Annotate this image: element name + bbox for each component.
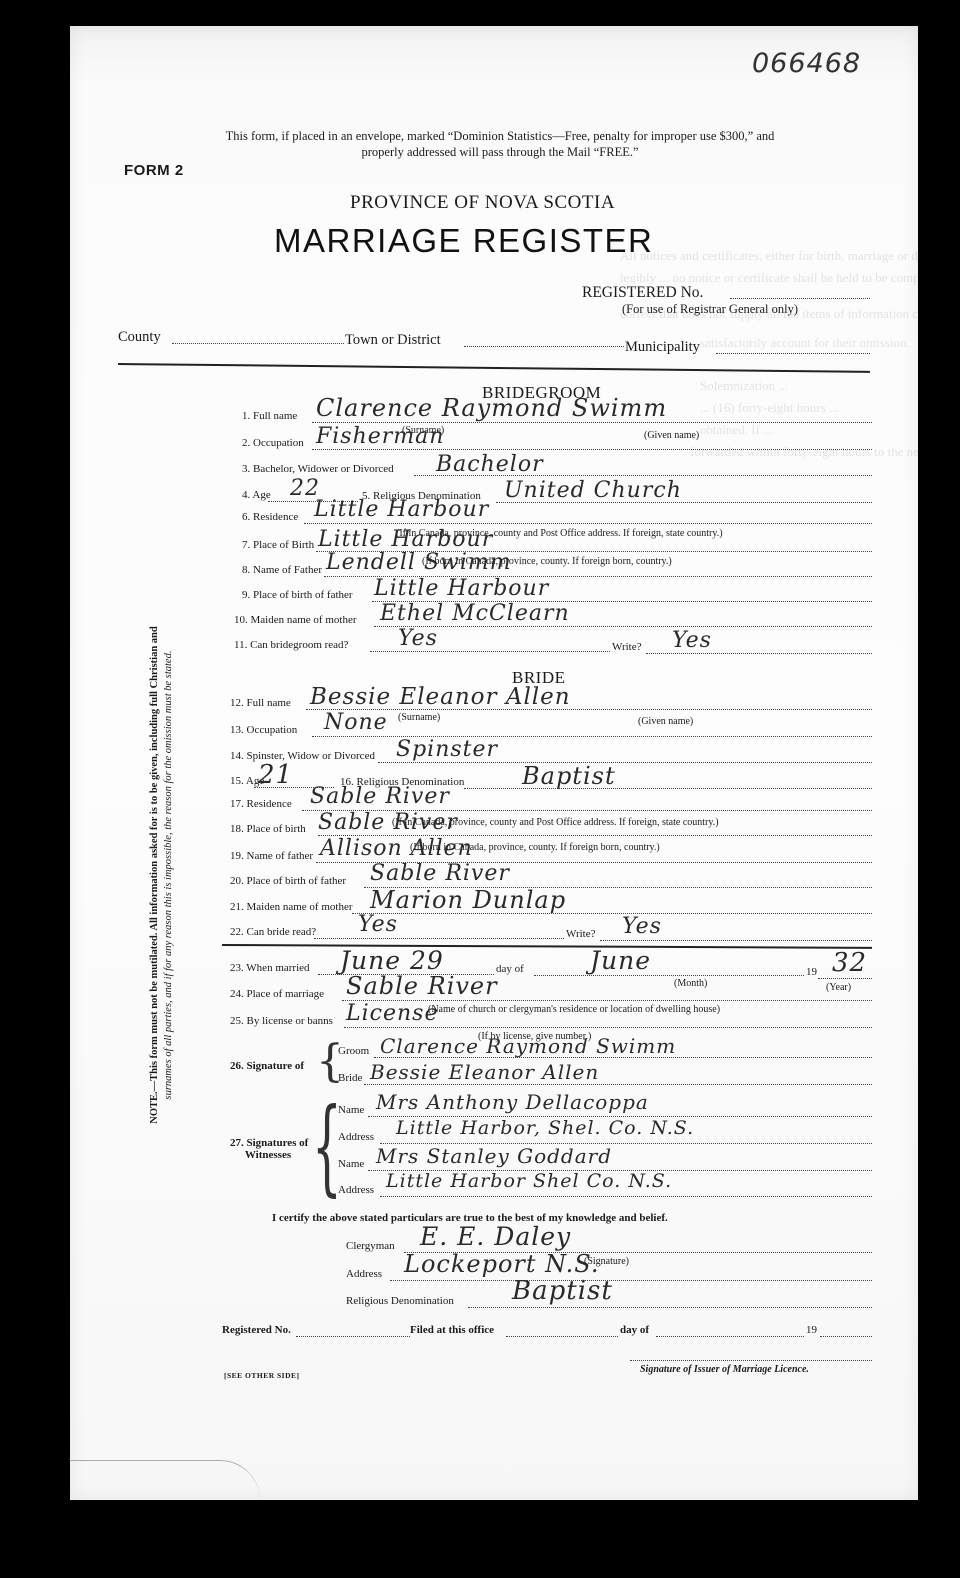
field-line <box>374 626 872 627</box>
county-label: County <box>118 329 161 346</box>
clergy-address-label: Address <box>346 1268 382 1280</box>
witnesses-label-line1: 27. Signatures of <box>230 1137 306 1149</box>
bleed-text: All notices and certificates, either for… <box>620 248 960 264</box>
field-line <box>312 449 872 450</box>
office-year-prefix: 19 <box>806 1324 817 1336</box>
issuer-signature-field[interactable] <box>630 1360 872 1361</box>
office-day-field[interactable] <box>656 1336 804 1337</box>
bride-occupation-label: 13. Occupation <box>230 724 297 736</box>
groom-father-birthplace-value[interactable]: Little Harbour <box>374 576 549 601</box>
office-day-of-label: day of <box>620 1324 649 1336</box>
given-name-hint: (Given name) <box>638 716 693 727</box>
field-line <box>364 1084 872 1085</box>
side-note-line2: surnames of all parties, and if for any … <box>162 560 176 1190</box>
witness1-name-label: Name <box>338 1104 364 1116</box>
surname-hint: (Surname) <box>398 712 440 723</box>
license-value[interactable]: License <box>346 1001 438 1026</box>
groom-write-label: Write? <box>612 641 641 653</box>
witness2-name-label: Name <box>338 1158 364 1170</box>
when-married-value[interactable]: June 29 <box>340 946 444 975</box>
groom-full-name-label: 1. Full name <box>242 410 297 422</box>
bride-full-name-value[interactable]: Bessie Eleanor Allen <box>310 684 571 710</box>
groom-residence-label: 6. Residence <box>242 511 298 523</box>
bleed-text: satisfactorily account for their omissio… <box>700 335 910 351</box>
bride-mother-value[interactable]: Marion Dunlap <box>370 886 566 914</box>
groom-signature-label: Groom <box>338 1045 369 1057</box>
witness2-address-value[interactable]: Little Harbor Shel Co. N.S. <box>386 1170 672 1192</box>
witness1-name-value[interactable]: Mrs Anthony Dellacoppa <box>376 1090 649 1114</box>
groom-occupation-label: 2. Occupation <box>242 437 304 449</box>
groom-father-birthplace-label: 9. Place of birth of father <box>242 589 353 601</box>
groom-full-name-value[interactable]: Clarence Raymond Swimm <box>316 394 667 422</box>
bleed-text: forwarded within forty-eight hours to th… <box>690 444 956 460</box>
groom-age-label: 4. Age <box>242 489 271 501</box>
clergy-address-value[interactable]: Lockeport N.S. <box>404 1250 599 1278</box>
filed-label: Filed at this office <box>410 1324 494 1336</box>
bride-birthplace-value[interactable]: Sable River <box>318 810 458 835</box>
field-line <box>314 938 564 939</box>
bride-status-label: 14. Spinster, Widow or Divorced <box>230 750 375 762</box>
office-registered-no-field[interactable] <box>296 1336 410 1337</box>
groom-religion-value[interactable]: United Church <box>504 478 682 503</box>
marriage-month-value[interactable]: June <box>590 946 651 975</box>
marriage-year-value[interactable]: 32 <box>832 948 867 978</box>
bride-residence-value[interactable]: Sable River <box>310 784 450 809</box>
bride-religion-value[interactable]: Baptist <box>522 762 616 790</box>
field-line <box>344 1027 872 1028</box>
bride-read-label: 22. Can bride read? <box>230 926 316 938</box>
town-field[interactable] <box>464 346 624 347</box>
bride-signature-value[interactable]: Bessie Eleanor Allen <box>370 1060 599 1084</box>
field-line <box>312 422 872 423</box>
bleed-text: obtained. If ... <box>700 422 773 438</box>
bride-read-value[interactable]: Yes <box>358 912 398 937</box>
see-other-side: [SEE OTHER SIDE] <box>224 1371 300 1380</box>
field-line <box>468 1307 872 1308</box>
clergy-denomination-value[interactable]: Baptist <box>512 1276 613 1306</box>
office-registered-no-label: Registered No. <box>222 1324 291 1336</box>
field-line <box>370 651 610 652</box>
bride-father-value[interactable]: Allison Allen <box>320 836 473 861</box>
field-line <box>380 1196 872 1197</box>
place-of-marriage-label: 24. Place of marriage <box>230 988 324 1000</box>
field-line <box>818 978 872 979</box>
side-note-line1: NOTE.—This form must not be mutilated. A… <box>148 560 162 1190</box>
municipality-label: Municipality <box>625 339 700 356</box>
side-note: NOTE.—This form must not be mutilated. A… <box>148 560 176 1190</box>
clergy-denomination-label: Religious Denomination <box>346 1295 454 1307</box>
town-label: Town or District <box>345 332 441 349</box>
witness1-address-label: Address <box>338 1131 374 1143</box>
witnesses-label-line2: Witnesses <box>230 1149 306 1161</box>
witness2-address-label: Address <box>338 1184 374 1196</box>
bride-birthplace-label: 18. Place of birth <box>230 823 306 835</box>
groom-mother-value[interactable]: Ethel McClearn <box>380 601 570 626</box>
month-hint: (Month) <box>674 978 707 989</box>
bride-father-birthplace-value[interactable]: Sable River <box>370 861 510 886</box>
mail-note-line2: properly addressed will pass through the… <box>150 144 850 160</box>
field-line <box>534 975 804 976</box>
field-line <box>378 762 872 763</box>
office-year-field[interactable] <box>820 1336 872 1337</box>
license-label: 25. By license or banns <box>230 1015 333 1027</box>
field-line <box>390 1280 872 1281</box>
day-of-label: day of <box>496 963 524 975</box>
groom-mother-label: 10. Maiden name of mother <box>234 614 357 626</box>
groom-occupation-value[interactable]: Fisherman <box>316 424 444 449</box>
bride-occupation-value[interactable]: None <box>324 710 388 735</box>
given-name-hint: (Given name) <box>644 430 699 441</box>
filed-field[interactable] <box>506 1336 618 1337</box>
when-married-label: 23. When married <box>230 962 310 974</box>
bride-full-name-label: 12. Full name <box>230 697 291 709</box>
groom-status-value[interactable]: Bachelor <box>436 452 544 477</box>
municipality-field[interactable] <box>716 353 870 354</box>
groom-read-label: 11. Can bridegroom read? <box>234 639 348 651</box>
witnesses-label: 27. Signatures of Witnesses <box>230 1137 306 1161</box>
place-hint: (Name of church or clergyman's residence… <box>428 1004 720 1015</box>
field-line <box>646 653 872 654</box>
issuer-signature-label: Signature of Issuer of Marriage Licence. <box>640 1364 809 1375</box>
bride-write-label: Write? <box>566 928 595 940</box>
groom-write-value[interactable]: Yes <box>672 628 712 653</box>
witness1-address-value[interactable]: Little Harbor, Shel. Co. N.S. <box>396 1117 694 1139</box>
bleed-text: Solemnization ... <box>700 378 788 394</box>
clergyman-label: Clergyman <box>346 1240 395 1252</box>
groom-birthplace-label: 7. Place of Birth <box>242 539 314 551</box>
groom-residence-value[interactable]: Little Harbour <box>314 497 489 522</box>
registered-no-sub: (For use of Registrar General only) <box>622 302 798 317</box>
groom-status-label: 3. Bachelor, Widower or Divorced <box>242 463 394 475</box>
registered-no-label: REGISTERED No. <box>582 284 703 302</box>
groom-father-label: 8. Name of Father <box>242 564 322 576</box>
bride-mother-label: 21. Maiden name of mother <box>230 901 353 913</box>
year-prefix: 19 <box>806 966 817 978</box>
form-number: FORM 2 <box>124 162 184 179</box>
county-field[interactable] <box>172 343 344 344</box>
bride-father-label: 19. Name of father <box>230 850 313 862</box>
field-line <box>304 523 872 524</box>
mail-note-line1: This form, if placed in an envelope, mar… <box>150 128 850 144</box>
bride-father-birthplace-label: 20. Place of birth of father <box>230 875 346 887</box>
groom-father-value[interactable]: Lendell Swimm <box>326 550 512 575</box>
mail-note: This form, if placed in an envelope, mar… <box>150 128 850 160</box>
province-heading: PROVINCE OF NOVA SCOTIA <box>350 192 615 214</box>
bride-signature-label: Bride <box>338 1072 362 1084</box>
bride-age-value[interactable]: 21 <box>258 760 293 790</box>
groom-birthplace-value[interactable]: Little Harbour <box>318 527 493 552</box>
bride-write-value[interactable]: Yes <box>622 914 662 939</box>
bleed-text: ... (16) forty-eight hours ... <box>700 400 839 416</box>
place-of-marriage-value[interactable]: Sable River <box>346 972 498 1000</box>
signature-label: 26. Signature of <box>230 1060 304 1072</box>
year-hint: (Year) <box>826 982 851 993</box>
groom-signature-value[interactable]: Clarence Raymond Swimm <box>380 1034 676 1058</box>
bride-residence-label: 17. Residence <box>230 798 292 810</box>
field-line <box>600 940 872 941</box>
clergyman-value[interactable]: E. E. Daley <box>420 1222 571 1251</box>
registered-no-field[interactable] <box>730 298 870 299</box>
bride-status-value[interactable]: Spinster <box>396 737 498 762</box>
serial-number: 066468 <box>752 48 861 79</box>
witness2-name-value[interactable]: Mrs Stanley Goddard <box>376 1144 612 1168</box>
groom-read-value[interactable]: Yes <box>398 626 438 651</box>
page-title: MARRIAGE REGISTER <box>274 222 653 260</box>
